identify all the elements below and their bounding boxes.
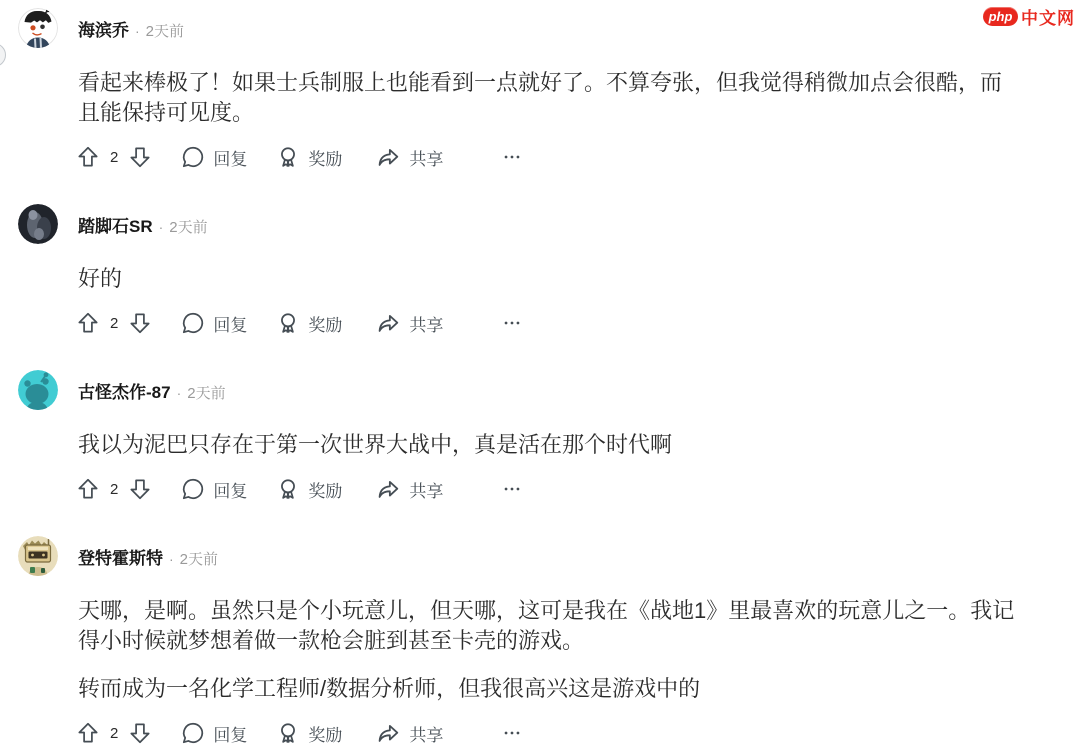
share-label: 共享 <box>409 477 443 502</box>
comment-action-bar: 2 回复 奖励 共享 <box>75 474 1080 504</box>
reply-label: 回复 <box>213 477 247 502</box>
comment: 古怪杰作-87 · 2天前 我以为泥巴只存在于第一次世界大战中，真是活在那个时代… <box>0 370 1080 504</box>
upvote-button[interactable] <box>75 720 101 746</box>
timestamp: 2天前 <box>169 216 207 237</box>
reply-button[interactable]: 回复 <box>180 310 247 336</box>
medal-icon <box>275 310 301 336</box>
share-button[interactable]: 共享 <box>375 476 443 503</box>
award-button[interactable]: 奖励 <box>275 144 342 170</box>
arrow-down-icon <box>127 310 153 336</box>
reply-button[interactable]: 回复 <box>180 720 247 746</box>
share-arrow-icon <box>375 476 402 503</box>
speech-bubble-icon <box>180 310 206 336</box>
award-label: 奖励 <box>308 145 342 170</box>
share-label: 共享 <box>409 145 443 170</box>
vote-count: 2 <box>110 149 118 166</box>
snoo-silhouette-avatar-image <box>18 370 58 410</box>
snoo-avatar-image <box>18 8 58 48</box>
timestamp: 2天前 <box>180 548 218 569</box>
arrow-up-icon <box>75 476 101 502</box>
more-options-button[interactable] <box>501 146 523 168</box>
separator-dot: · <box>177 385 182 401</box>
comment: 海滨乔 · 2天前 看起来棒极了！如果士兵制服上也能看到一点就好了。不算夸张，但… <box>0 8 1080 172</box>
ellipsis-icon <box>501 722 523 744</box>
arrow-down-icon <box>127 144 153 170</box>
comment-header: 海滨乔 · 2天前 <box>0 8 1080 48</box>
comment-action-bar: 2 回复 奖励 共享 <box>75 718 1080 748</box>
ellipsis-icon <box>501 312 523 334</box>
user-avatar[interactable] <box>18 370 58 410</box>
comment: 踏脚石SR · 2天前 好的 2 回复 <box>0 204 1080 338</box>
reply-label: 回复 <box>213 721 247 746</box>
user-avatar[interactable] <box>18 8 58 48</box>
upvote-button[interactable] <box>75 144 101 170</box>
comment-header: 登特霍斯特 · 2天前 <box>0 536 1080 576</box>
separator-dot: · <box>169 551 174 567</box>
comment-text: 我以为泥巴只存在于第一次世界大战中，真是活在那个时代啊 <box>78 430 1018 460</box>
user-avatar[interactable] <box>18 536 58 576</box>
downvote-button[interactable] <box>127 144 153 170</box>
user-line: 海滨乔 · 2天前 <box>78 16 184 41</box>
vote-count: 2 <box>110 481 118 498</box>
comment-header: 古怪杰作-87 · 2天前 <box>0 370 1080 410</box>
downvote-button[interactable] <box>127 720 153 746</box>
arrow-down-icon <box>127 720 153 746</box>
share-arrow-icon <box>375 310 402 337</box>
box-robot-avatar-image <box>18 536 58 576</box>
speech-bubble-icon <box>180 720 206 746</box>
medal-icon <box>275 144 301 170</box>
upvote-button[interactable] <box>75 476 101 502</box>
medal-icon <box>275 476 301 502</box>
share-button[interactable]: 共享 <box>375 144 443 171</box>
user-line: 古怪杰作-87 · 2天前 <box>78 378 226 403</box>
username-link[interactable]: 踏脚石SR <box>78 212 153 237</box>
comment: 登特霍斯特 · 2天前 天哪，是啊。虽然只是个小玩意儿，但天哪，这可是我在《战地… <box>0 536 1080 748</box>
comment-body: 好的 <box>78 264 1018 294</box>
award-label: 奖励 <box>308 477 342 502</box>
medal-icon <box>275 720 301 746</box>
share-button[interactable]: 共享 <box>375 310 443 337</box>
share-arrow-icon <box>375 720 402 747</box>
vote-group: 2 <box>75 144 153 170</box>
comment-thread: 海滨乔 · 2天前 看起来棒极了！如果士兵制服上也能看到一点就好了。不算夸张，但… <box>0 8 1080 748</box>
comment-text: 天哪，是啊。虽然只是个小玩意儿，但天哪，这可是我在《战地1》里最喜欢的玩意儿之一… <box>78 596 1018 656</box>
user-line: 踏脚石SR · 2天前 <box>78 212 208 237</box>
vote-group: 2 <box>75 476 153 502</box>
ellipsis-icon <box>501 146 523 168</box>
comment-body: 天哪，是啊。虽然只是个小玩意儿，但天哪，这可是我在《战地1》里最喜欢的玩意儿之一… <box>78 596 1018 704</box>
username-link[interactable]: 登特霍斯特 <box>78 544 163 569</box>
comment-body: 我以为泥巴只存在于第一次世界大战中，真是活在那个时代啊 <box>78 430 1018 460</box>
reply-label: 回复 <box>213 145 247 170</box>
comment-action-bar: 2 回复 奖励 共享 <box>75 308 1080 338</box>
user-line: 登特霍斯特 · 2天前 <box>78 544 218 569</box>
award-button[interactable]: 奖励 <box>275 476 342 502</box>
downvote-button[interactable] <box>127 310 153 336</box>
more-options-button[interactable] <box>501 478 523 500</box>
arrow-down-icon <box>127 476 153 502</box>
vote-count: 2 <box>110 725 118 742</box>
vote-group: 2 <box>75 310 153 336</box>
reply-button[interactable]: 回复 <box>180 476 247 502</box>
comment-text: 转而成为一名化学工程师/数据分析师，但我很高兴这是游戏中的 <box>78 674 1018 704</box>
award-label: 奖励 <box>308 311 342 336</box>
timestamp: 2天前 <box>146 20 184 41</box>
comment-text: 看起来棒极了！如果士兵制服上也能看到一点就好了。不算夸张，但我觉得稍微加点会很酷… <box>78 68 1018 128</box>
ellipsis-icon <box>501 478 523 500</box>
reply-label: 回复 <box>213 311 247 336</box>
separator-dot: · <box>159 219 164 235</box>
share-label: 共享 <box>409 311 443 336</box>
comment-text: 好的 <box>78 264 1018 294</box>
username-link[interactable]: 海滨乔 <box>78 16 129 41</box>
award-button[interactable]: 奖励 <box>275 720 342 746</box>
timestamp: 2天前 <box>187 382 225 403</box>
reply-button[interactable]: 回复 <box>180 144 247 170</box>
site-name-text: 中文网 <box>1021 4 1075 29</box>
upvote-button[interactable] <box>75 310 101 336</box>
vote-count: 2 <box>110 315 118 332</box>
speech-bubble-icon <box>180 476 206 502</box>
downvote-button[interactable] <box>127 476 153 502</box>
php-logo-badge: php <box>983 7 1018 26</box>
share-button[interactable]: 共享 <box>375 720 443 747</box>
share-label: 共享 <box>409 721 443 746</box>
comment-header: 踏脚石SR · 2天前 <box>0 204 1080 244</box>
speech-bubble-icon <box>180 144 206 170</box>
arrow-up-icon <box>75 310 101 336</box>
comment-body: 看起来棒极了！如果士兵制服上也能看到一点就好了。不算夸张，但我觉得稍微加点会很酷… <box>78 68 1018 128</box>
more-options-button[interactable] <box>501 722 523 744</box>
comment-action-bar: 2 回复 奖励 共享 <box>75 142 1080 172</box>
share-arrow-icon <box>375 144 402 171</box>
award-label: 奖励 <box>308 721 342 746</box>
arrow-up-icon <box>75 720 101 746</box>
username-link[interactable]: 古怪杰作-87 <box>78 378 171 403</box>
arrow-up-icon <box>75 144 101 170</box>
vote-group: 2 <box>75 720 153 746</box>
site-watermark: php 中文网 <box>983 4 1075 29</box>
separator-dot: · <box>135 23 140 39</box>
photo-avatar-image <box>18 204 58 244</box>
user-avatar[interactable] <box>18 204 58 244</box>
more-options-button[interactable] <box>501 312 523 334</box>
award-button[interactable]: 奖励 <box>275 310 342 336</box>
